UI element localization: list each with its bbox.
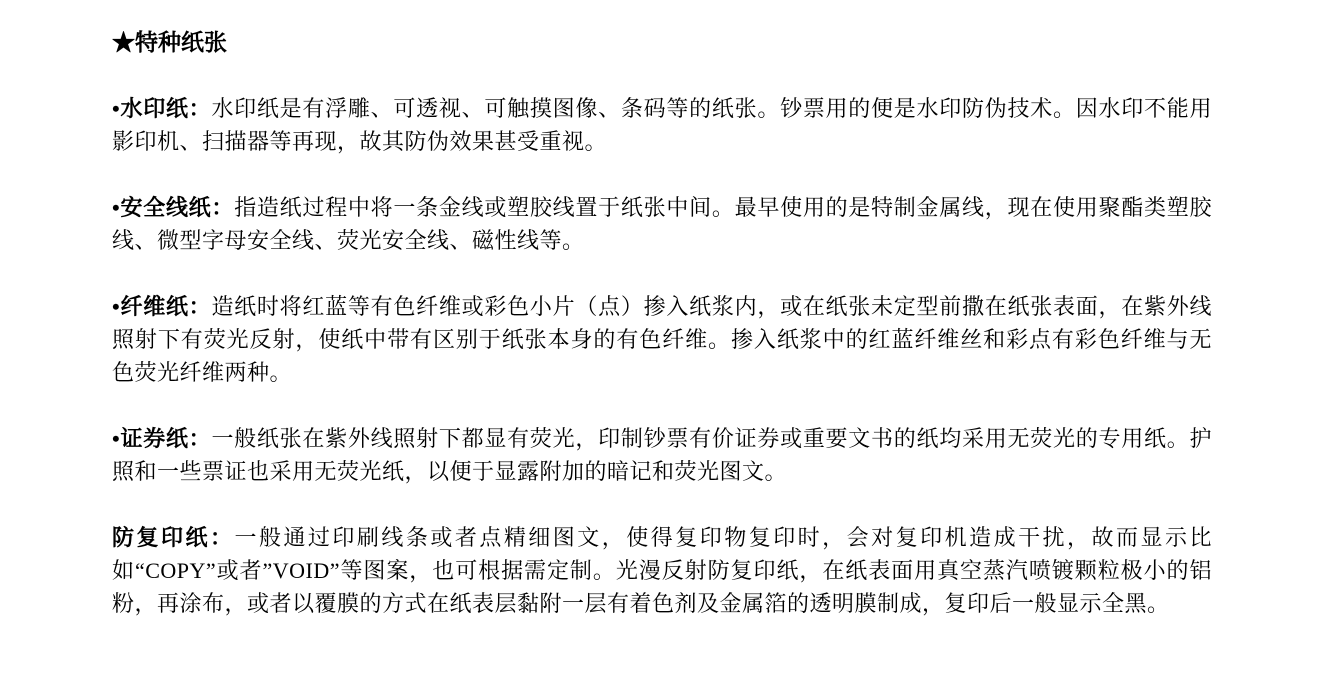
bullet-marker: •: [112, 96, 120, 121]
paragraph-watermark-paper: •水印纸：水印纸是有浮雕、可透视、可触摸图像、条码等的纸张。钞票用的便是水印防伪…: [112, 92, 1212, 158]
paragraph-security-thread-paper: •安全线纸：指造纸过程中将一条金线或塑胶线置于纸张中间。最早使用的是特制金属线，…: [112, 191, 1212, 257]
term-label: 纤维纸：: [120, 294, 211, 319]
paragraph-text: 一般纸张在紫外线照射下都显有荧光，印制钞票有价证券或重要文书的纸均采用无荧光的专…: [112, 426, 1212, 484]
paragraph-text: 造纸时将红蓝等有色纤维或彩色小片（点）掺入纸浆内，或在纸张未定型前撒在纸张表面，…: [112, 294, 1212, 385]
paragraph-securities-paper: •证券纸：一般纸张在紫外线照射下都显有荧光，印制钞票有价证券或重要文书的纸均采用…: [112, 422, 1212, 488]
page-title: ★特种纸张: [112, 26, 1212, 59]
document-page: ★特种纸张 •水印纸：水印纸是有浮雕、可透视、可触摸图像、条码等的纸张。钞票用的…: [112, 0, 1212, 620]
term-label: 水印纸：: [120, 96, 211, 121]
paragraph-text: 指造纸过程中将一条金线或塑胶线置于纸张中间。最早使用的是特制金属线，现在使用聚酯…: [112, 195, 1212, 253]
paragraph-anti-copy-paper: 防复印纸：一般通过印刷线条或者点精细图文，使得复印物复印时，会对复印机造成干扰，…: [112, 521, 1212, 620]
bullet-marker: •: [112, 294, 120, 319]
paragraph-text: 水印纸是有浮雕、可透视、可触摸图像、条码等的纸张。钞票用的便是水印防伪技术。因水…: [112, 96, 1212, 154]
term-label: 安全线纸：: [120, 195, 234, 220]
bullet-marker: •: [112, 195, 120, 220]
paragraph-fiber-paper: •纤维纸：造纸时将红蓝等有色纤维或彩色小片（点）掺入纸浆内，或在纸张未定型前撒在…: [112, 290, 1212, 389]
term-label: 防复印纸：: [112, 525, 234, 550]
term-label: 证券纸：: [120, 426, 211, 451]
paragraph-text: 一般通过印刷线条或者点精细图文，使得复印物复印时，会对复印机造成干扰，故而显示比…: [112, 525, 1212, 616]
bullet-marker: •: [112, 426, 120, 451]
